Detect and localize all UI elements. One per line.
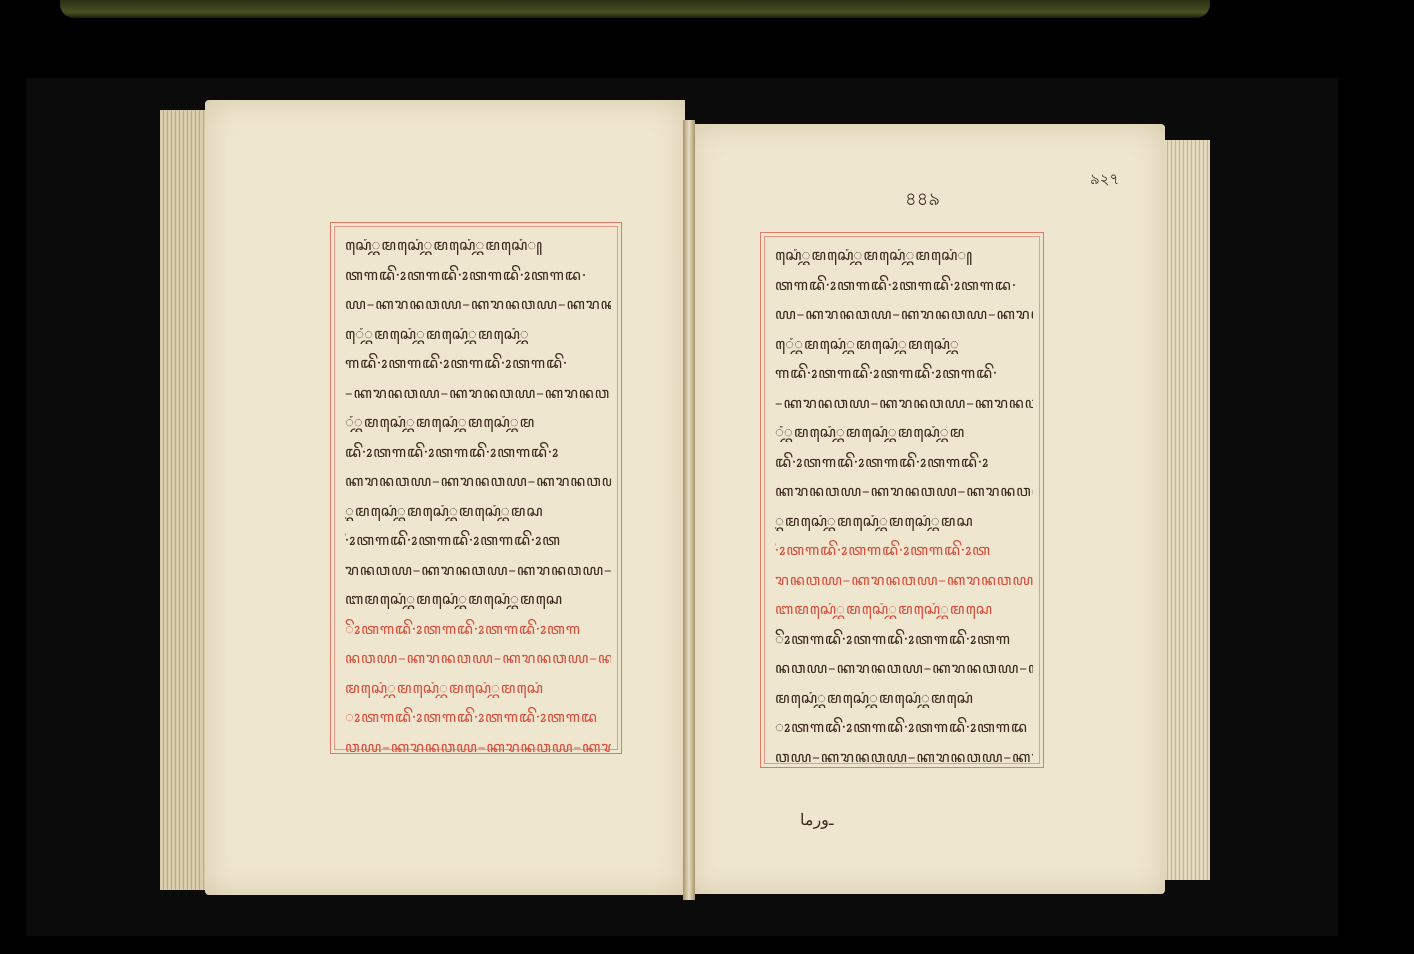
manuscript-line: ꦢ·ꦼꦴꦠꦒꦢ·ꦼꦴꦠꦒꦢ·ꦼꦴꦠꦒꦢ·ꦼꦴ: [775, 450, 1033, 472]
manuscript-line: ꦧꦩꦱꦺꦁ꧀ꦧꦩꦱꦺꦁ꧀ꦧꦩꦱꦺꦁ꧀ꦧꦩꦱꦺ: [775, 597, 1033, 619]
manuscript-line: ꦺꦁ꧀ꦧꦩꦱꦺꦁ꧀ꦧꦩꦱꦺꦁ꧀ꦧꦩꦱꦺꦁ꧀ꦧ: [775, 332, 1033, 354]
manuscript-line: ꦠꦒꦢ·ꦼꦴꦠꦒꦢ·ꦼꦴꦠꦒꦢ·ꦼꦴꦠꦒꦢ·: [775, 273, 1033, 295]
manuscript-line: ꦤꦮꦪ–ꦏꦫꦤꦮꦪ–ꦏꦫꦤꦮꦪ–ꦏꦫꦤꦮꦪ–: [775, 656, 1033, 678]
manuscript-line: ꦏꦫꦤꦮꦪ–ꦏꦫꦤꦮꦪ–ꦏꦫꦤꦮꦪ–ꦏꦫꦤꦮ: [345, 469, 611, 491]
manuscript-line: ꦮꦪ–ꦏꦫꦤꦮꦪ–ꦏꦫꦤꦮꦪ–ꦏꦫꦤꦮꦪ–ꦏ: [345, 735, 611, 757]
right-text-frame: ꦱꦺꦁ꧀ꦧꦩꦱꦺꦁ꧀ꦧꦩꦱꦺꦁ꧀ꦧꦩꦱꦺꦁ꧀ꦠꦒꦢ·ꦼꦴꦠꦒꦢ·ꦼꦴꦠꦒꦢ·ꦼꦴ…: [760, 232, 1044, 768]
book-gutter: [683, 120, 695, 900]
manuscript-line: ꦱꦺꦁ꧀ꦧꦩꦱꦺꦁ꧀ꦧꦩꦱꦺꦁ꧀ꦧꦩꦱꦺꦁ꧀: [345, 233, 611, 255]
manuscript-line: ·ꦼꦴꦠꦒꦢ·ꦼꦴꦠꦒꦢ·ꦼꦴꦠꦒꦢ·ꦼꦴꦠ: [775, 538, 1033, 560]
right-page-edges: [1160, 140, 1210, 880]
catchword: ـ‌ورما: [800, 810, 834, 829]
left-text-frame: ꦱꦺꦁ꧀ꦧꦩꦱꦺꦁ꧀ꦧꦩꦱꦺꦁ꧀ꦧꦩꦱꦺꦁ꧀ꦠꦒꦢ·ꦼꦴꦠꦒꦢ·ꦼꦴꦠꦒꦢ·ꦼꦴ…: [330, 222, 622, 754]
manuscript-line: ꦧꦩꦱꦺꦁ꧀ꦧꦩꦱꦺꦁ꧀ꦧꦩꦱꦺꦁ꧀ꦧꦩꦱꦺ: [345, 587, 611, 609]
manuscript-line: ꦒꦢ·ꦼꦴꦠꦒꦢ·ꦼꦴꦠꦒꦢ·ꦼꦴꦠꦒꦢ·ꦼ: [345, 351, 611, 373]
manuscript-line: ꦪ–ꦏꦫꦤꦮꦪ–ꦏꦫꦤꦮꦪ–ꦏꦫꦤꦮꦪ–ꦏꦫ: [775, 302, 1033, 324]
manuscript-line: ꦏꦫꦤꦮꦪ–ꦏꦫꦤꦮꦪ–ꦏꦫꦤꦮꦪ–ꦏꦫꦤꦮ: [775, 479, 1033, 501]
manuscript-line: –ꦏꦫꦤꦮꦪ–ꦏꦫꦤꦮꦪ–ꦏꦫꦤꦮꦪ–ꦏꦫꦤ: [345, 381, 611, 403]
manuscript-line: ꦒꦢ·ꦼꦴꦠꦒꦢ·ꦼꦴꦠꦒꦢ·ꦼꦴꦠꦒꦢ·ꦼ: [775, 361, 1033, 383]
manuscript-line: ꦁ꧀ꦧꦩꦱꦺꦁ꧀ꦧꦩꦱꦺꦁ꧀ꦧꦩꦱꦺꦁ꧀ꦧꦩ: [775, 420, 1033, 442]
top-bar: [60, 0, 1210, 18]
manuscript-line: ꦠꦒꦢ·ꦼꦴꦠꦒꦢ·ꦼꦴꦠꦒꦢ·ꦼꦴꦠꦒꦢ·: [345, 263, 611, 285]
manuscript-line: ꦩꦱꦺꦁ꧀ꦧꦩꦱꦺꦁ꧀ꦧꦩꦱꦺꦁ꧀ꦧꦩꦱꦺꦁ: [345, 676, 611, 698]
manuscript-line: ꦮꦪ–ꦏꦫꦤꦮꦪ–ꦏꦫꦤꦮꦪ–ꦏꦫꦤꦮꦪ–ꦏ: [775, 745, 1033, 767]
manuscript-line: ꦫꦤꦮꦪ–ꦏꦫꦤꦮꦪ–ꦏꦫꦤꦮꦪ–ꦏꦫꦤꦮꦪ: [775, 568, 1033, 590]
manuscript-line: ·ꦼꦴꦠꦒꦢ·ꦼꦴꦠꦒꦢ·ꦼꦴꦠꦒꦢ·ꦼꦴꦠ: [345, 528, 611, 550]
left-page-edges: [160, 110, 210, 890]
manuscript-line: –ꦏꦫꦤꦮꦪ–ꦏꦫꦤꦮꦪ–ꦏꦫꦤꦮꦪ–ꦏꦫꦤ: [775, 391, 1033, 413]
manuscript-line: ꦴꦠꦒꦢ·ꦼꦴꦠꦒꦢ·ꦼꦴꦠꦒꦢ·ꦼꦴꦠꦒꦢ: [775, 715, 1033, 737]
manuscript-line: ꦼꦴꦠꦒꦢ·ꦼꦴꦠꦒꦢ·ꦼꦴꦠꦒꦢ·ꦼꦴꦠꦒ: [345, 617, 611, 639]
manuscript-line: ꦢ·ꦼꦴꦠꦒꦢ·ꦼꦴꦠꦒꦢ·ꦼꦴꦠꦒꦢ·ꦼꦴ: [345, 440, 611, 462]
manuscript-line: ꦁ꧀ꦧꦩꦱꦺꦁ꧀ꦧꦩꦱꦺꦁ꧀ꦧꦩꦱꦺꦁ꧀ꦧꦩ: [345, 410, 611, 432]
manuscript-line: ꦱꦺꦁ꧀ꦧꦩꦱꦺꦁ꧀ꦧꦩꦱꦺꦁ꧀ꦧꦩꦱꦺꦁ꧀: [775, 243, 1033, 265]
manuscript-line: ꦤꦮꦪ–ꦏꦫꦤꦮꦪ–ꦏꦫꦤꦮꦪ–ꦏꦫꦤꦮꦪ–: [345, 646, 611, 668]
manuscript-line: ꦺꦁ꧀ꦧꦩꦱꦺꦁ꧀ꦧꦩꦱꦺꦁ꧀ꦧꦩꦱꦺꦁ꧀ꦧ: [345, 322, 611, 344]
manuscript-line: ꧀ꦧꦩꦱꦺꦁ꧀ꦧꦩꦱꦺꦁ꧀ꦧꦩꦱꦺꦁ꧀ꦧꦩꦱ: [345, 499, 611, 521]
manuscript-line: ꦪ–ꦏꦫꦤꦮꦪ–ꦏꦫꦤꦮꦪ–ꦏꦫꦤꦮꦪ–ꦏꦫ: [345, 292, 611, 314]
manuscript-line: ꧀ꦧꦩꦱꦺꦁ꧀ꦧꦩꦱꦺꦁ꧀ꦧꦩꦱꦺꦁ꧀ꦧꦩꦱ: [775, 509, 1033, 531]
folio-number-corner: ৯২৭: [1090, 168, 1119, 193]
manuscript-line: ꦩꦱꦺꦁ꧀ꦧꦩꦱꦺꦁ꧀ꦧꦩꦱꦺꦁ꧀ꦧꦩꦱꦺꦁ: [775, 686, 1033, 708]
manuscript-line: ꦫꦤꦮꦪ–ꦏꦫꦤꦮꦪ–ꦏꦫꦤꦮꦪ–ꦏꦫꦤꦮꦪ: [345, 558, 611, 580]
manuscript-line: ꦴꦠꦒꦢ·ꦼꦴꦠꦒꦢ·ꦼꦴꦠꦒꦢ·ꦼꦴꦠꦒꦢ: [345, 705, 611, 727]
folio-number-center: ৪৪৯: [905, 185, 940, 216]
manuscript-line: ꦼꦴꦠꦒꦢ·ꦼꦴꦠꦒꦢ·ꦼꦴꦠꦒꦢ·ꦼꦴꦠꦒ: [775, 627, 1033, 649]
